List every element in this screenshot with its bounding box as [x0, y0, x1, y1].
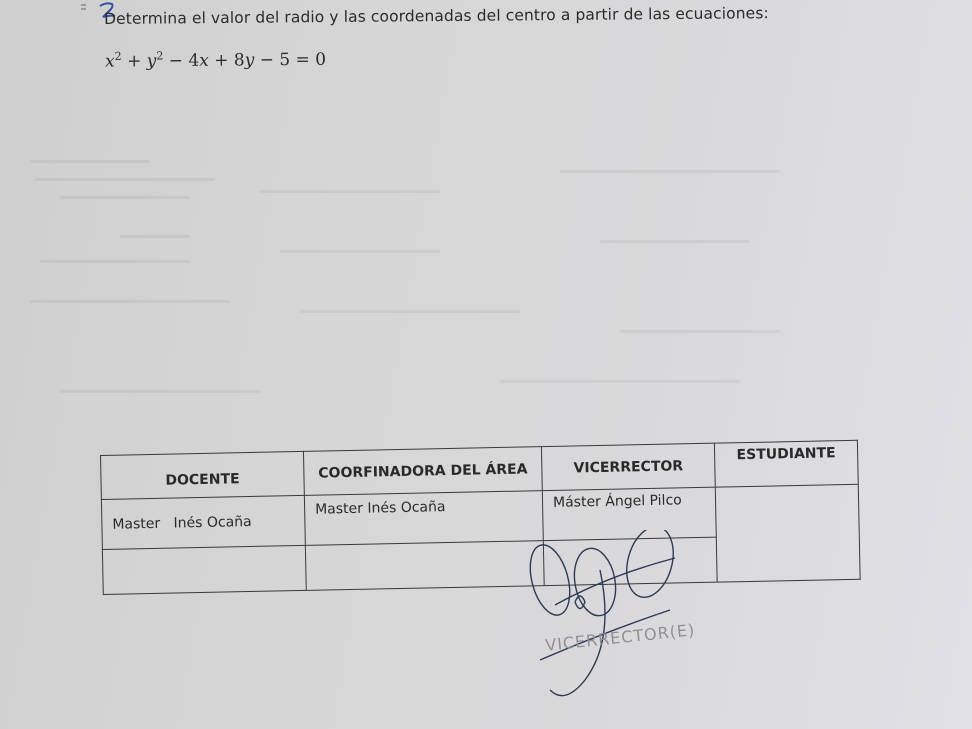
- equation: x2 + y2 − 4x + 8y − 5 = 0: [105, 48, 326, 72]
- signature-cell-coordinadora: [305, 541, 544, 591]
- name-vicerrector: Máster Ángel Pilco: [542, 487, 716, 540]
- signature-table: DOCENTE COORFINADORA DEL ÁREA VICERRECTO…: [100, 440, 849, 650]
- header-estudiante: ESTUDIANTE: [714, 440, 858, 487]
- name-docente: Master Inés Ocaña: [101, 495, 305, 549]
- name-coordinadora: Master Inés Ocaña: [304, 491, 543, 546]
- signature-cell-vicerrector: [543, 537, 717, 585]
- signature-cell-docente: [102, 545, 306, 594]
- estudiante-signature-cell: [715, 484, 860, 582]
- header-docente: DOCENTE: [101, 451, 305, 499]
- question-text: Determina el valor del radio y las coord…: [104, 4, 769, 28]
- header-vicerrector: VICERRECTOR: [541, 443, 715, 490]
- header-coordinadora: COORFINADORA DEL ÁREA: [303, 447, 542, 496]
- bleed-through-text: [0, 130, 972, 460]
